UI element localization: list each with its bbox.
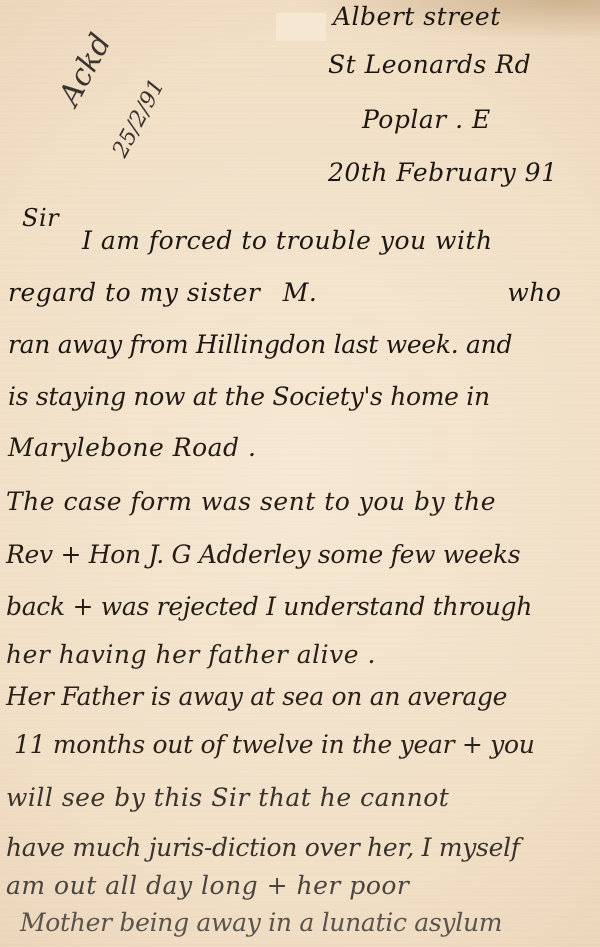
address-road: St Leonards Rd	[328, 50, 531, 79]
body-line: have much juris-diction over her, I myse…	[6, 833, 520, 862]
body-line: Her Father is away at sea on an average	[6, 682, 507, 711]
salutation: Sir	[22, 204, 59, 232]
address-district: Poplar . E	[362, 105, 491, 134]
body-line: will see by this Sir that he cannot	[6, 783, 449, 812]
body-line-part: regard to my sister	[8, 278, 260, 307]
body-line: 11 months out of twelve in the year + yo…	[14, 730, 535, 759]
acknowledged-date: 25/2/91	[108, 75, 170, 162]
letter-date: 20th February 91	[328, 158, 557, 187]
body-line: Marylebone Road .	[8, 433, 256, 462]
body-line: is staying now at the Society's home in	[8, 382, 490, 411]
body-line: I am forced to trouble you with	[82, 226, 493, 255]
body-line: her having her father alive .	[6, 640, 376, 669]
body-line: The case form was sent to you by the	[6, 487, 496, 516]
paper-patch	[276, 13, 326, 41]
body-line: ran away from Hillingdon last week. and	[8, 330, 512, 359]
body-line: regard to my sister M.who	[8, 278, 561, 307]
body-line: Rev + Hon J. G Adderley some few weeks	[6, 540, 520, 569]
body-line: back + was rejected I understand through	[6, 592, 532, 621]
body-line: Mother being away in a lunatic asylum	[20, 908, 502, 937]
letter-page: Albert street St Leonards Rd Poplar . E …	[0, 0, 600, 947]
body-line-part: who	[507, 278, 561, 307]
body-line: am out all day long + her poor	[6, 871, 409, 900]
redacted-initial: M.	[283, 278, 318, 307]
acknowledged-annotation: Ackd	[52, 28, 119, 111]
address-street: Albert street	[333, 2, 501, 31]
